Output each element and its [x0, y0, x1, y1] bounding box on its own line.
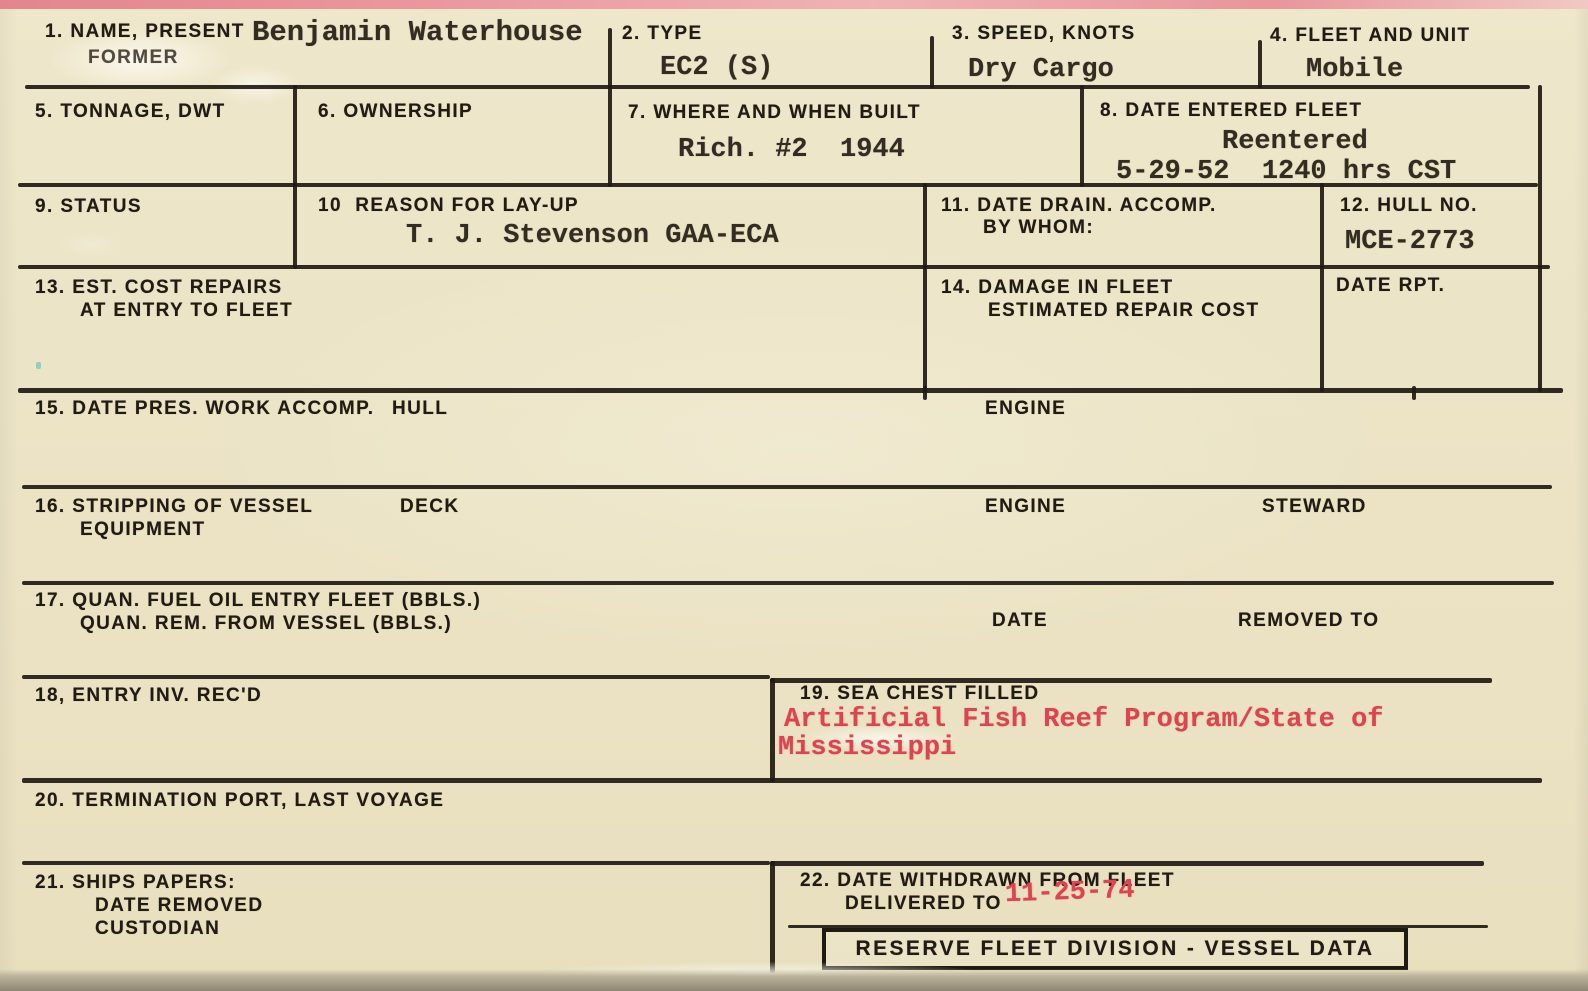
rule-h6	[22, 581, 1554, 585]
field-7-value: Rich. #2 1944	[678, 136, 905, 164]
scan-top-edge	[0, 0, 1588, 9]
date-rpt-label: DATE RPT.	[1336, 276, 1445, 296]
divider-11-12	[1320, 183, 1324, 269]
field-15-label: 15. DATE PRES. WORK ACCOMP.	[35, 399, 374, 419]
field-12-label: 12. HULL NO.	[1340, 196, 1478, 216]
field-3-label: 3. SPEED, KNOTS	[952, 24, 1136, 44]
field-4-value: Mobile	[1306, 56, 1403, 84]
field-10-label: 10 REASON FOR LAY-UP	[318, 196, 579, 216]
divider-13-14	[923, 265, 927, 392]
field-13-label2: AT ENTRY TO FLEET	[80, 301, 293, 321]
divider-6-7	[608, 85, 612, 187]
divider-1-2	[608, 28, 612, 88]
field-10-value: T. J. Stevenson GAA-ECA	[406, 222, 779, 250]
divider-5-6	[293, 85, 297, 187]
field-12-value: MCE-2773	[1345, 228, 1475, 256]
field-2-value: EC2 (S)	[660, 54, 773, 82]
field-1-label: 1. NAME, PRESENT	[45, 22, 245, 42]
field-9-label: 9. STATUS	[35, 197, 142, 217]
rule-h5	[22, 485, 1552, 489]
field-15-engine-label: ENGINE	[985, 399, 1066, 419]
rule-h4	[18, 388, 1563, 393]
field-8-value-line2: 5-29-52 1240 hrs CST	[1116, 158, 1456, 186]
field-2-label: 2. TYPE	[622, 24, 703, 44]
field-7-label: 7. WHERE AND WHEN BUILT	[628, 103, 921, 123]
field-17-label2: QUAN. REM. FROM VESSEL (BBLS.)	[80, 614, 452, 634]
rule-h1	[25, 85, 1530, 89]
box19-left-border	[770, 678, 775, 782]
field-17-removed-to-label: REMOVED TO	[1238, 611, 1379, 631]
scan-bottom-edge	[0, 969, 1588, 991]
divider-14-daterpt	[1320, 265, 1324, 392]
field-22-label2: DELIVERED TO	[845, 894, 1002, 914]
field-4-label: 4. FLEET AND UNIT	[1270, 26, 1470, 46]
field-21-label3: CUSTODIAN	[95, 919, 220, 939]
rule-h9	[22, 861, 770, 865]
field-3-value: Dry Cargo	[968, 56, 1114, 84]
field-19-stamp-line1: Artificial Fish Reef Program/State of	[784, 706, 1384, 734]
field-1-label-former: FORMER	[88, 48, 179, 68]
field-21-label: 21. SHIPS PAPERS:	[35, 873, 236, 893]
field-14-label: 14. DAMAGE IN FLEET	[941, 278, 1173, 298]
vessel-data-card: 1. NAME, PRESENT FORMER Benjamin Waterho…	[0, 0, 1588, 991]
box22-left-border	[770, 861, 775, 973]
field-1-value: Benjamin Waterhouse	[252, 18, 583, 48]
field-11-label: 11. DATE DRAIN. ACCOMP.	[941, 196, 1217, 216]
field-16-label: 16. STRIPPING OF VESSEL	[35, 497, 313, 517]
field-15-hull-label: HULL	[392, 399, 448, 419]
field-5-label: 5. TONNAGE, DWT	[35, 102, 226, 122]
rule-box22-top	[770, 861, 1484, 866]
rule-h7	[22, 675, 770, 679]
divider-3-4	[1258, 40, 1262, 88]
stub-15-right	[1412, 386, 1416, 400]
reserve-fleet-banner: RESERVE FLEET DIVISION - VESSEL DATA	[822, 928, 1408, 970]
field-19-label: 19. SEA CHEST FILLED	[800, 684, 1040, 704]
field-6-label: 6. OWNERSHIP	[318, 102, 473, 122]
field-16-deck-label: DECK	[400, 497, 459, 517]
stub-15-left	[923, 386, 927, 400]
field-16-steward-label: STEWARD	[1262, 497, 1367, 517]
right-border	[1538, 85, 1542, 392]
field-16-engine-label: ENGINE	[985, 497, 1066, 517]
divider-10-11	[923, 183, 927, 269]
field-19-stamp-line2: Mississippi	[778, 734, 956, 762]
rule-h8	[22, 778, 1542, 783]
field-11-label-by-whom: BY WHOM:	[983, 218, 1094, 238]
field-21-label2: DATE REMOVED	[95, 896, 263, 916]
field-17-date-label: DATE	[992, 611, 1048, 631]
divider-7-8	[1080, 85, 1084, 187]
field-20-label: 20. TERMINATION PORT, LAST VOYAGE	[35, 791, 444, 811]
divider-9-10	[293, 183, 297, 269]
reserve-fleet-banner-text: RESERVE FLEET DIVISION - VESSEL DATA	[856, 937, 1375, 961]
field-13-label: 13. EST. COST REPAIRS	[35, 278, 283, 298]
field-8-label: 8. DATE ENTERED FLEET	[1100, 101, 1362, 121]
field-22-stamp-value: 11-25-74	[1005, 877, 1136, 910]
field-17-label: 17. QUAN. FUEL OIL ENTRY FLEET (BBLS.)	[35, 591, 481, 611]
field-8-value-line1: Reentered	[1222, 128, 1368, 156]
field-16-label2: EQUIPMENT	[80, 520, 206, 540]
ink-speck	[36, 362, 41, 369]
field-18-label: 18, ENTRY INV. REC'D	[35, 686, 262, 706]
field-14-label2: ESTIMATED REPAIR COST	[988, 301, 1259, 321]
divider-2-3	[930, 36, 934, 88]
